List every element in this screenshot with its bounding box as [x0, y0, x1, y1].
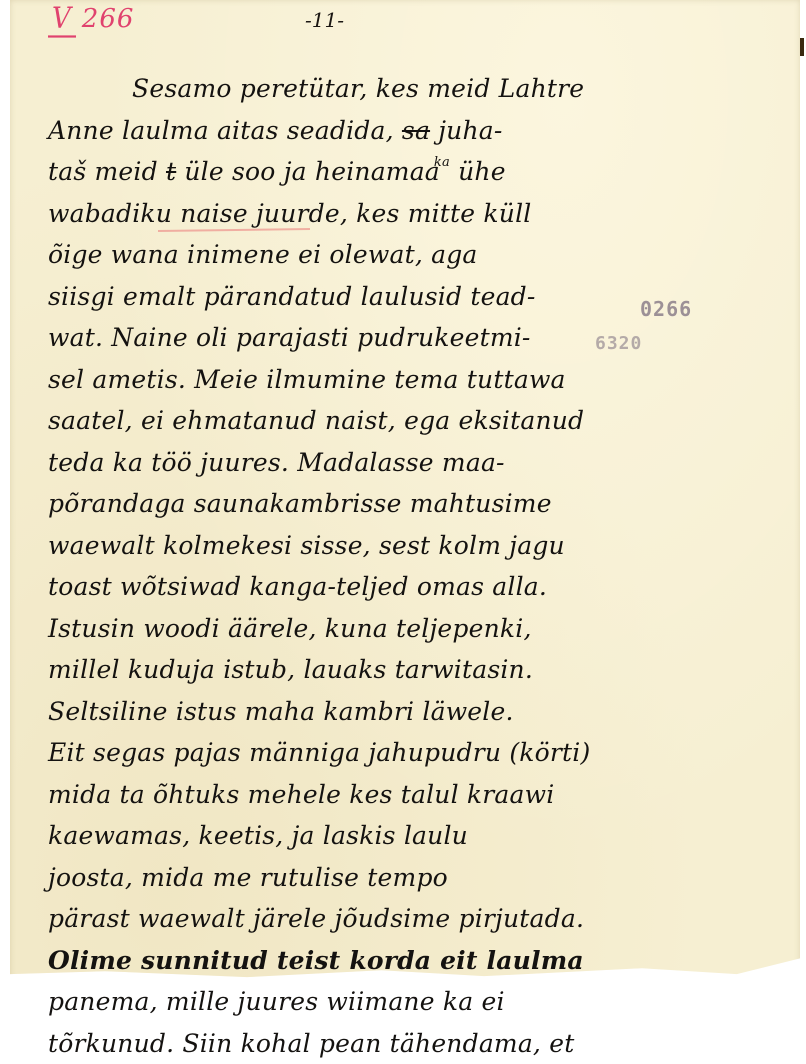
- line-text: Anne laulma aitas seadida,: [48, 116, 402, 145]
- manuscript-line: kaewamas, keetis, ja laskis laulu: [48, 815, 608, 857]
- paper-edge-shadow: [800, 38, 804, 56]
- archive-stamp-primary: 0266: [640, 297, 692, 321]
- manuscript-line: panema, mille juures wiimane ka ei: [48, 981, 608, 1000]
- manuscript-line: pärast waewalt järele jõudsime pirjutada…: [48, 898, 608, 940]
- struck-text: sa: [402, 116, 430, 145]
- manuscript-body: Sesamo peretütar, kes meid Lahtre Anne l…: [48, 68, 608, 1000]
- manuscript-line: millel kuduja istub, lauaks tarwitasin.: [48, 649, 608, 691]
- manuscript-line: joosta, mida me rutulise tempo: [48, 857, 608, 899]
- line-text: juha-: [430, 116, 502, 145]
- manuscript-line: Eit segas pajas männiga jahupudru (körti…: [48, 732, 608, 774]
- page-number: -11-: [305, 8, 344, 32]
- line-text: ühe: [450, 157, 506, 186]
- manuscript-line: siisgi emalt pärandatud laulusid tead-: [48, 276, 608, 318]
- archive-mark-number: 266: [82, 4, 135, 34]
- manuscript-line: Istusin woodi äärele, kuna teljepenki,: [48, 608, 608, 650]
- manuscript-line: saatel, ei ehmatanud naist, ega eksitanu…: [48, 400, 608, 442]
- manuscript-line: Olime sunnitud teist korda eit laulma: [48, 940, 608, 982]
- red-pencil-underline: [158, 227, 310, 231]
- inserted-correction: ka: [434, 155, 450, 170]
- manuscript-line: taš meid t üle soo ja heinamaaka ühe: [48, 151, 608, 193]
- manuscript-line: Sesamo peretütar, kes meid Lahtre: [48, 68, 608, 110]
- manuscript-line: mida ta õhtuks mehele kes talul kraawi: [48, 774, 608, 816]
- manuscript-line: wat. Naine oli parajasti pudrukeetmi-: [48, 317, 608, 359]
- manuscript-line: teda ka töö juures. Madalasse maa-: [48, 442, 608, 484]
- manuscript-line: waewalt kolmekesi sisse, sest kolm jagu: [48, 525, 608, 567]
- line-text: taš meid: [48, 157, 166, 186]
- archive-mark-roman: V: [48, 2, 76, 37]
- manuscript-line: toast wõtsiwad kanga-teljed omas alla.: [48, 566, 608, 608]
- manuscript-line: põrandaga saunakambrisse mahtusime: [48, 483, 608, 525]
- manuscript-line: sel ametis. Meie ilmumine tema tuttawa: [48, 359, 608, 401]
- manuscript-line: õige wana inimene ei olewat, aga: [48, 234, 608, 276]
- manuscript-line: Anne laulma aitas seadida, sa juha-: [48, 110, 608, 152]
- archive-mark: V266: [48, 4, 134, 36]
- line-text: wabadiku naise juurde, kes mitte küll: [48, 199, 531, 228]
- line-text: üle soo ja heinamaa: [176, 157, 440, 186]
- manuscript-line: Seltsiline istus maha kambri läwele.: [48, 691, 608, 733]
- manuscript-line: wabadiku naise juurde, kes mitte küll: [48, 193, 608, 235]
- struck-text: t: [166, 157, 176, 186]
